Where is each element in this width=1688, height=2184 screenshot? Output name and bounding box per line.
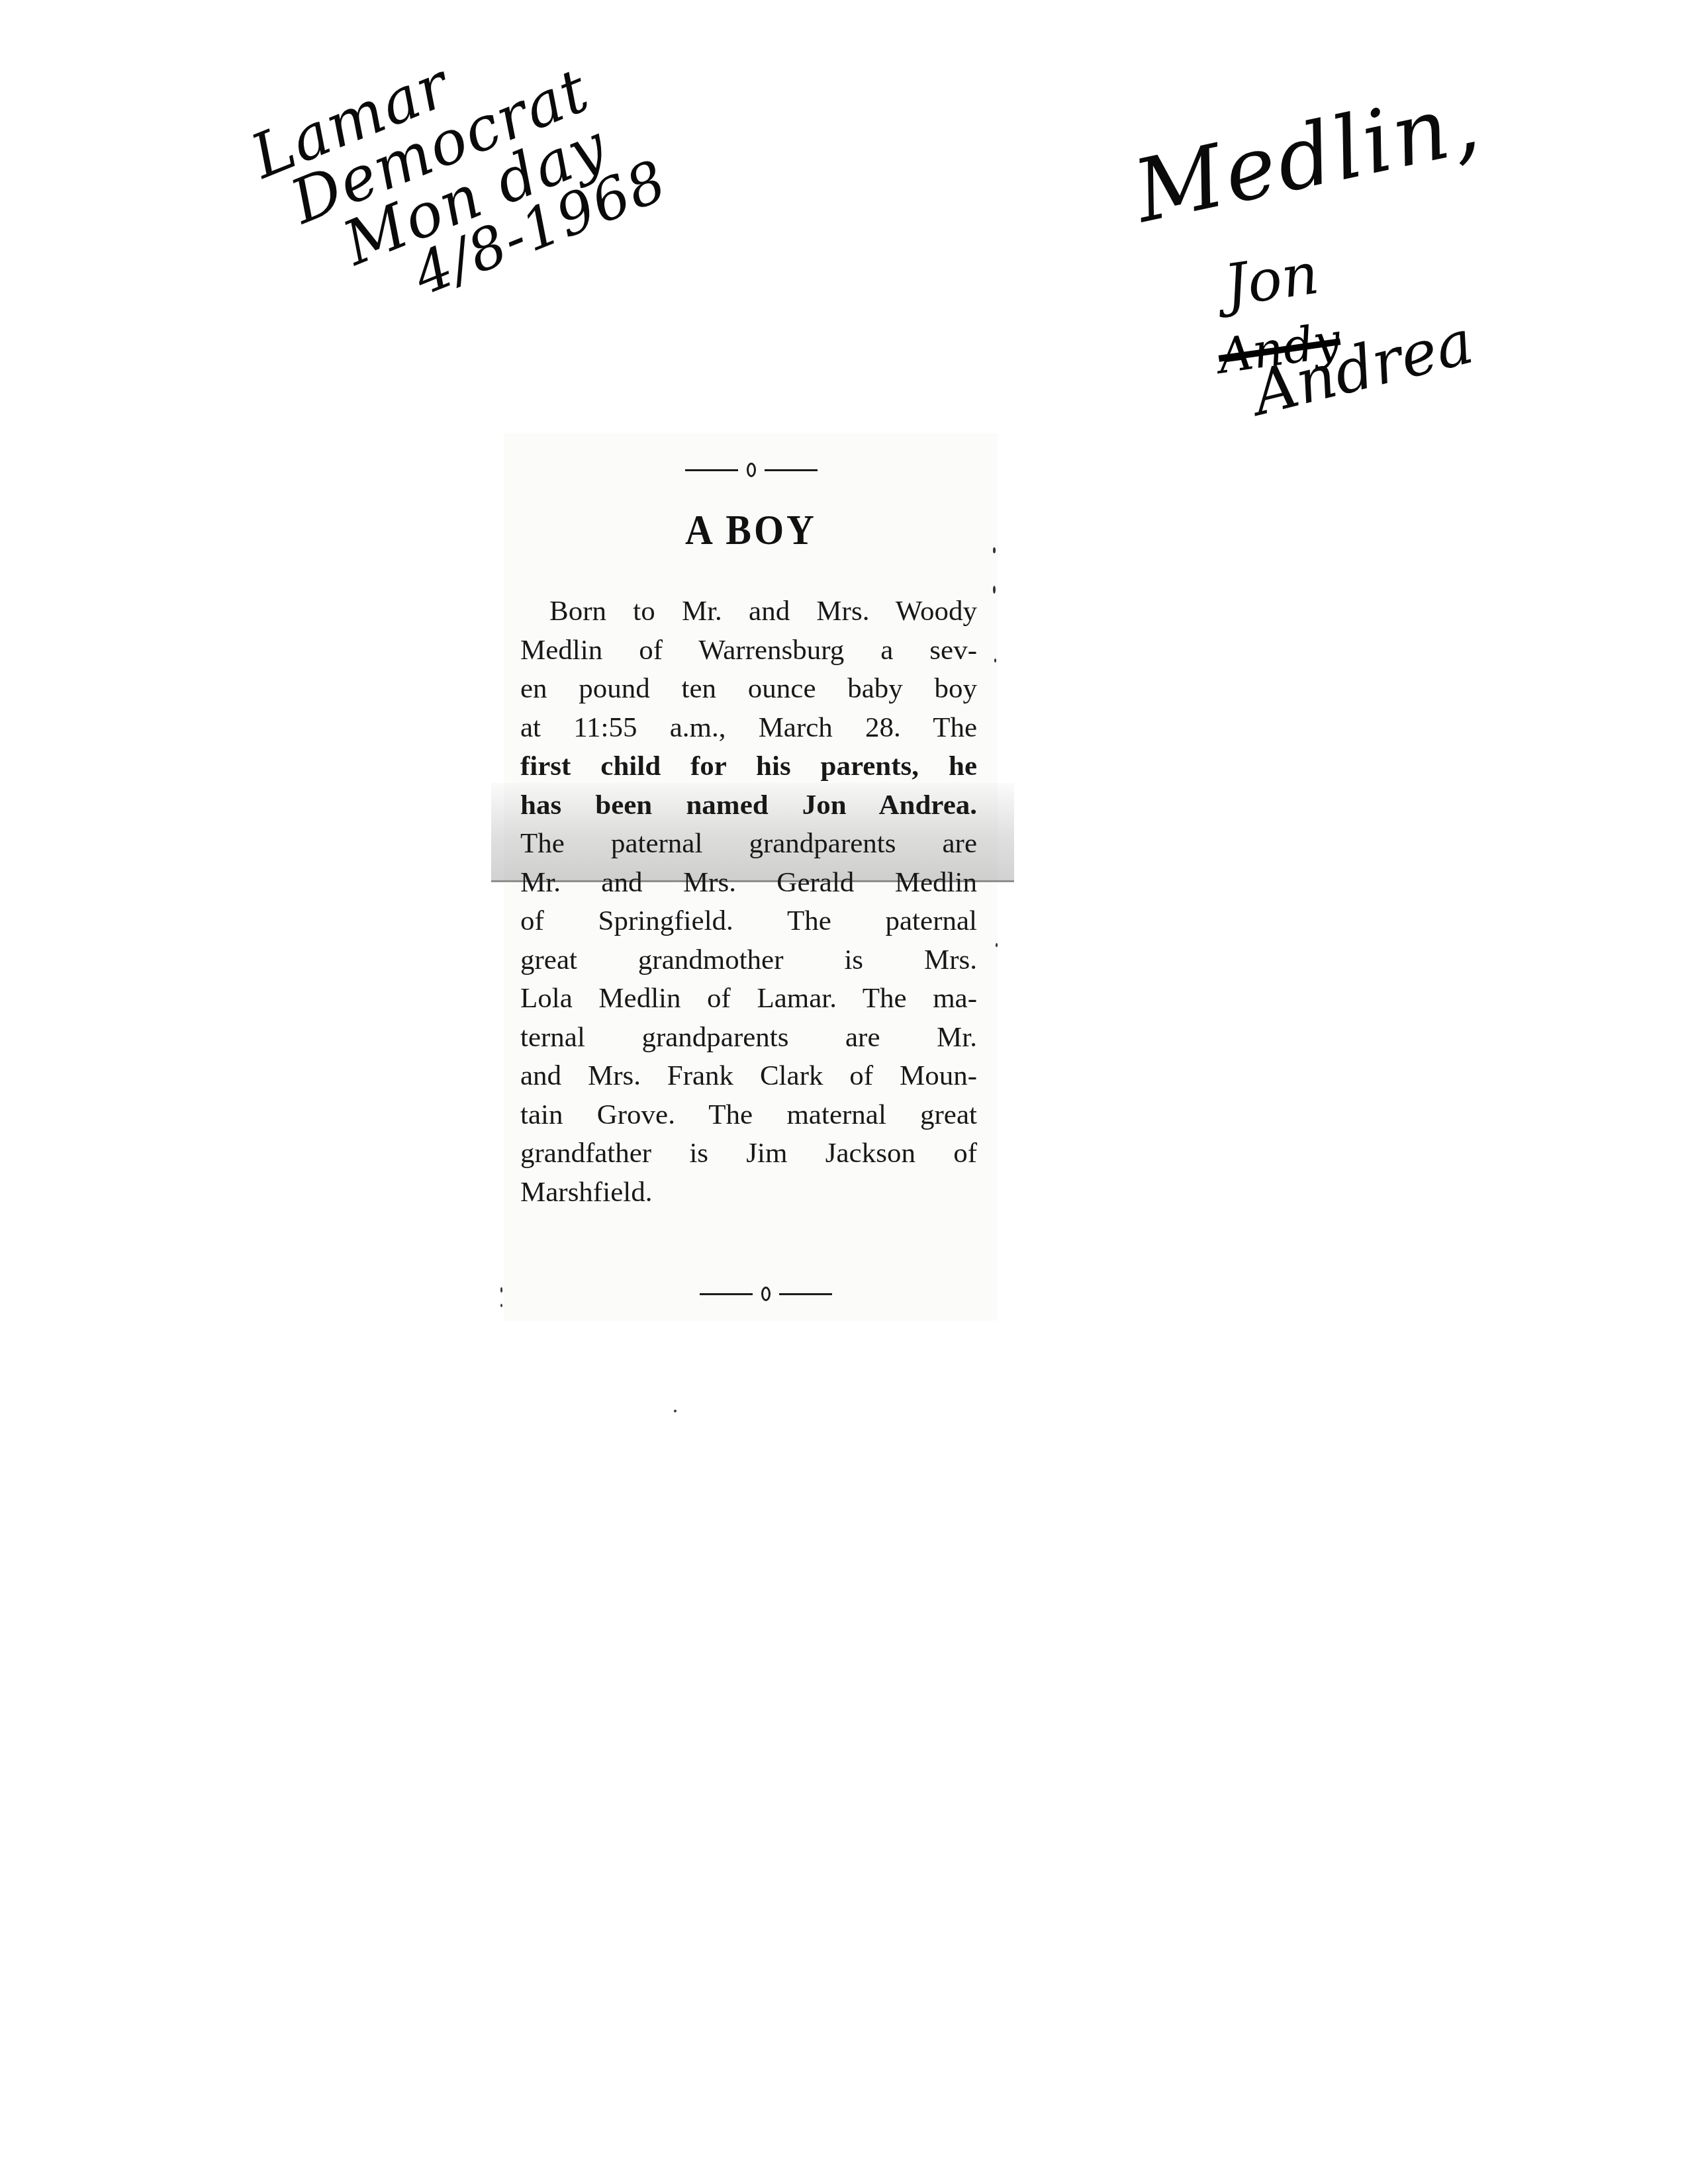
newspaper-clipping: A BOY Born to Mr. and Mrs. WoodyMedlin o… bbox=[504, 433, 998, 1320]
clipping-text-line: Marshfield. bbox=[520, 1173, 977, 1212]
clipping-text-line: ternal grandparents are Mr. bbox=[520, 1019, 977, 1058]
clipping-text-line: The paternal grandparents are bbox=[520, 825, 977, 864]
clipping-text-line: first child for his parents, he bbox=[520, 747, 977, 786]
bottom-divider-ornament bbox=[700, 1284, 832, 1304]
scan-speck bbox=[993, 547, 996, 553]
handwritten-surname: Medlin, bbox=[1127, 78, 1488, 235]
clipping-text-line: tain Grove. The maternal great bbox=[520, 1096, 977, 1135]
divider-rule bbox=[765, 469, 818, 471]
divider-ring-icon bbox=[747, 463, 756, 477]
clipping-text-line: Medlin of Warrensburg a sev- bbox=[520, 631, 977, 670]
top-divider-ornament bbox=[685, 460, 818, 480]
handwritten-first-name: Jon bbox=[1221, 246, 1322, 315]
scan-speck bbox=[674, 1410, 677, 1412]
divider-rule bbox=[700, 1293, 753, 1295]
clipping-text-line: Mr. and Mrs. Gerald Medlin bbox=[520, 864, 977, 903]
scan-speck bbox=[500, 1304, 502, 1307]
scan-speck bbox=[996, 943, 998, 947]
handwritten-name-note: Medlin, Jon Andy Andrea bbox=[1145, 149, 1430, 427]
clipping-text-line: of Springfield. The paternal bbox=[520, 902, 977, 941]
handwritten-source-note: Lamar Democrat Mon day 4/8-1968 bbox=[225, 5, 651, 373]
clipping-text-line: at 11:55 a.m., March 28. The bbox=[520, 709, 977, 748]
scan-speck bbox=[500, 1287, 502, 1293]
clipping-text-line: en pound ten ounce baby boy bbox=[520, 670, 977, 709]
clipping-text-line: has been named Jon Andrea. bbox=[520, 786, 977, 825]
clipping-body: Born to Mr. and Mrs. WoodyMedlin of Warr… bbox=[520, 592, 977, 1212]
clipping-text-line: and Mrs. Frank Clark of Moun- bbox=[520, 1057, 977, 1096]
divider-rule bbox=[779, 1293, 832, 1295]
clipping-headline: A BOY bbox=[504, 506, 998, 553]
clipping-text-line: grandfather is Jim Jackson of bbox=[520, 1134, 977, 1173]
divider-rule bbox=[685, 469, 738, 471]
divider-ring-icon bbox=[761, 1287, 771, 1301]
clipping-text-line: great grandmother is Mrs. bbox=[520, 941, 977, 980]
scan-speck bbox=[994, 659, 996, 662]
scan-speck bbox=[993, 586, 996, 594]
clipping-text-line: Lola Medlin of Lamar. The ma- bbox=[520, 979, 977, 1019]
clipping-text-line: Born to Mr. and Mrs. Woody bbox=[520, 592, 977, 631]
